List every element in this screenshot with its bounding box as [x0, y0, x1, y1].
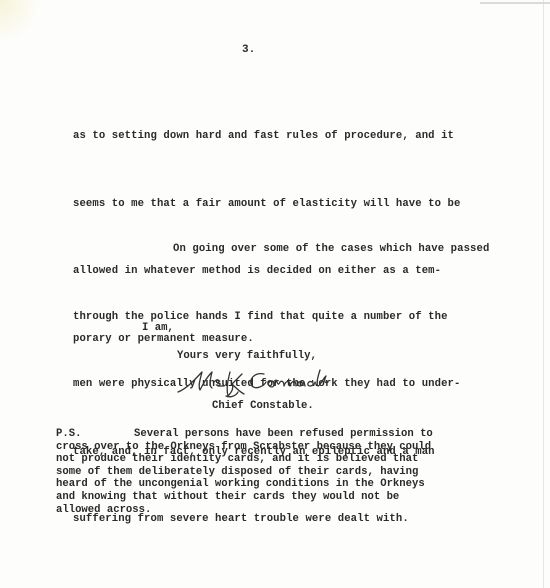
valediction: Yours very faithfully,: [177, 350, 317, 362]
text-line: cross over to the Orkneys from Scrabster…: [56, 441, 431, 453]
text-line: not produce their identity cards, and it…: [56, 453, 418, 465]
text-line: as to setting down hard and fast rules o…: [73, 125, 513, 148]
signatory-title: Chief Constable.: [212, 400, 314, 412]
text-line: heard of the uncongenial working conditi…: [56, 478, 425, 490]
paper-edge-top: [480, 2, 550, 4]
text-line: On going over some of the cases which ha…: [73, 238, 513, 261]
text-line: allowed across.: [56, 504, 151, 516]
text-line: and knowing that without their cards the…: [56, 491, 399, 503]
closing: I am,: [142, 322, 174, 334]
page-number: 3.: [242, 44, 255, 56]
handwritten-signature: Wm. K. Cormack: [174, 366, 354, 400]
paper-edge: [543, 0, 544, 588]
text-line: Several persons have been refused permis…: [134, 428, 433, 440]
letter-page: 3. as to setting down hard and fast rule…: [0, 0, 550, 588]
text-line: some of them deliberately disposed of th…: [56, 466, 418, 478]
postscript: P.S.Several persons have been refused pe…: [56, 428, 433, 516]
text-line: through the police hands I find that qui…: [73, 306, 513, 329]
postscript-label: P.S.: [56, 428, 134, 441]
